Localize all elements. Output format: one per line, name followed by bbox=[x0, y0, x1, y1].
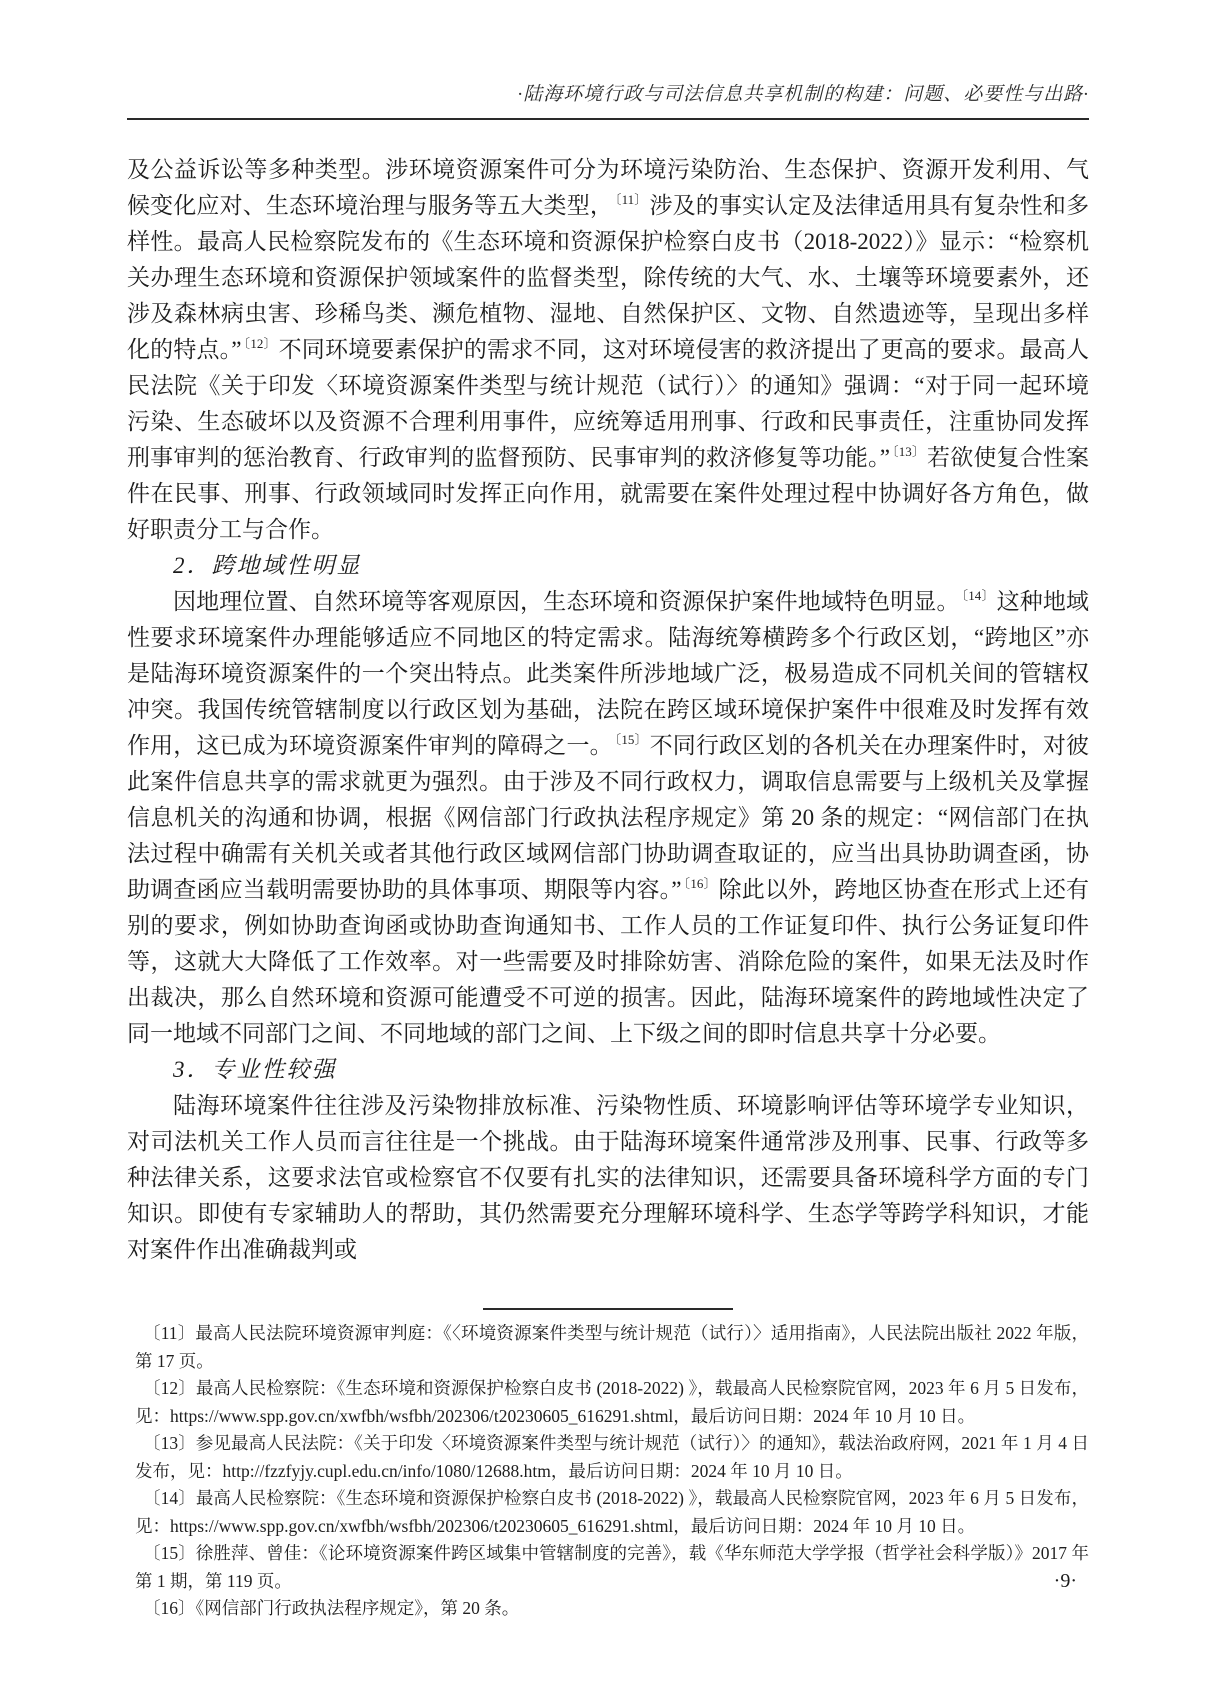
footnote-ref: 〔12〕 bbox=[242, 336, 279, 351]
page-content: ·陆海环境行政与司法信息共享机制的构建：问题、必要性与出路· 及公益诉讼等多种类… bbox=[127, 0, 1089, 1623]
footnote-ref: 〔13〕 bbox=[890, 444, 927, 459]
section-heading: 2．跨地域性明显 bbox=[127, 548, 1089, 584]
paper-page: ·陆海环境行政与司法信息共享机制的构建：问题、必要性与出路· 及公益诉讼等多种类… bbox=[0, 0, 1217, 1689]
footnote-separator bbox=[483, 1308, 733, 1310]
footnote-item: 〔14〕最高人民检察院：《生态环境和资源保护检察白皮书 (2018-2022) … bbox=[135, 1485, 1089, 1540]
section-heading: 3．专业性较强 bbox=[127, 1052, 1089, 1088]
footnote-item: 〔11〕最高人民法院环境资源审判庭：《〈环境资源案件类型与统计规范（试行）〉适用… bbox=[135, 1320, 1089, 1375]
header-rule bbox=[127, 118, 1089, 120]
body-paragraph: 陆海环境案件往往涉及污染物排放标准、污染物性质、环境影响评估等环境学专业知识，对… bbox=[127, 1088, 1089, 1268]
footnote-item: 〔15〕徐胜萍、曾佳：《论环境资源案件跨区域集中管辖制度的完善》，载《华东师范大… bbox=[135, 1540, 1089, 1595]
footnote-item: 〔16〕《网信部门行政执法程序规定》，第 20 条。 bbox=[135, 1595, 1089, 1623]
footnote-ref: 〔14〕 bbox=[960, 588, 997, 603]
body-paragraph: 因地理位置、自然环境等客观原因，生态环境和资源保护案件地域特色明显。〔14〕这种… bbox=[127, 584, 1089, 1052]
page-number: ·9· bbox=[1054, 1570, 1077, 1593]
footnote-ref: 〔16〕 bbox=[682, 876, 719, 891]
footnote-ref: 〔11〕 bbox=[613, 192, 649, 207]
footnotes: 〔11〕最高人民法院环境资源审判庭：《〈环境资源案件类型与统计规范（试行）〉适用… bbox=[127, 1320, 1089, 1623]
body-paragraph: 及公益诉讼等多种类型。涉环境资源案件可分为环境污染防治、生态保护、资源开发利用、… bbox=[127, 152, 1089, 548]
body-blocks: 及公益诉讼等多种类型。涉环境资源案件可分为环境污染防治、生态保护、资源开发利用、… bbox=[127, 152, 1089, 1268]
running-header: ·陆海环境行政与司法信息共享机制的构建：问题、必要性与出路· bbox=[127, 0, 1089, 105]
footnote-item: 〔13〕参见最高人民法院：《关于印发〈环境资源案件类型与统计规范（试行）〉的通知… bbox=[135, 1430, 1089, 1485]
footnote-item: 〔12〕最高人民检察院：《生态环境和资源保护检察白皮书 (2018-2022) … bbox=[135, 1375, 1089, 1430]
footnote-ref: 〔15〕 bbox=[613, 732, 650, 747]
